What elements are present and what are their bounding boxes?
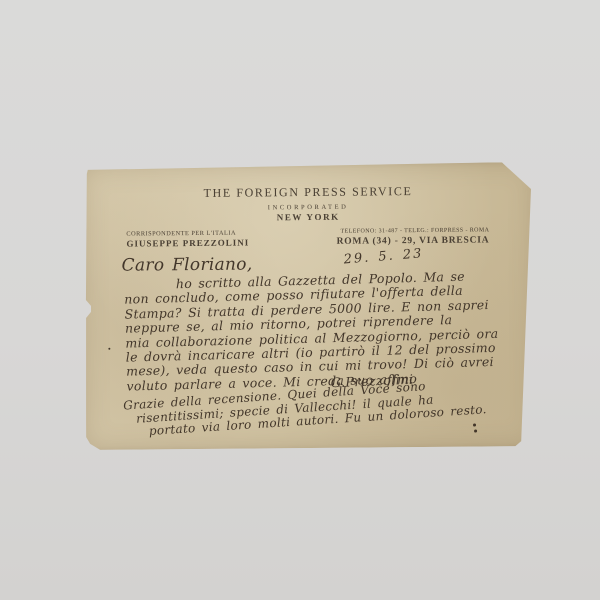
letter-body: ho scritto alla Gazzetta del Popolo. Ma … [124, 269, 500, 394]
photo-background: THE FOREIGN PRESS SERVICE INCORPORATED N… [0, 0, 600, 600]
ink-speck [473, 424, 476, 427]
salutation: Caro Floriano, [122, 254, 253, 275]
ink-speck [108, 348, 110, 350]
correspondent-name: GIUSEPPE PREZZOLINI [126, 238, 249, 249]
address-line: ROMA (34) - 29, VIA BRESCIA [337, 235, 490, 246]
handwritten-date: 29. 5. 23 [343, 246, 424, 267]
correspondent-label: CORRISPONDENTE PER L'ITALIA [126, 230, 236, 238]
letterhead-title: THE FOREIGN PRESS SERVICE [81, 183, 535, 202]
letter-paper: THE FOREIGN PRESS SERVICE INCORPORATED N… [81, 162, 537, 451]
telephone-line: TELEFONO: 31-487 - TELEG.: FORPRESS - RO… [340, 227, 489, 234]
ink-speck [474, 430, 477, 433]
